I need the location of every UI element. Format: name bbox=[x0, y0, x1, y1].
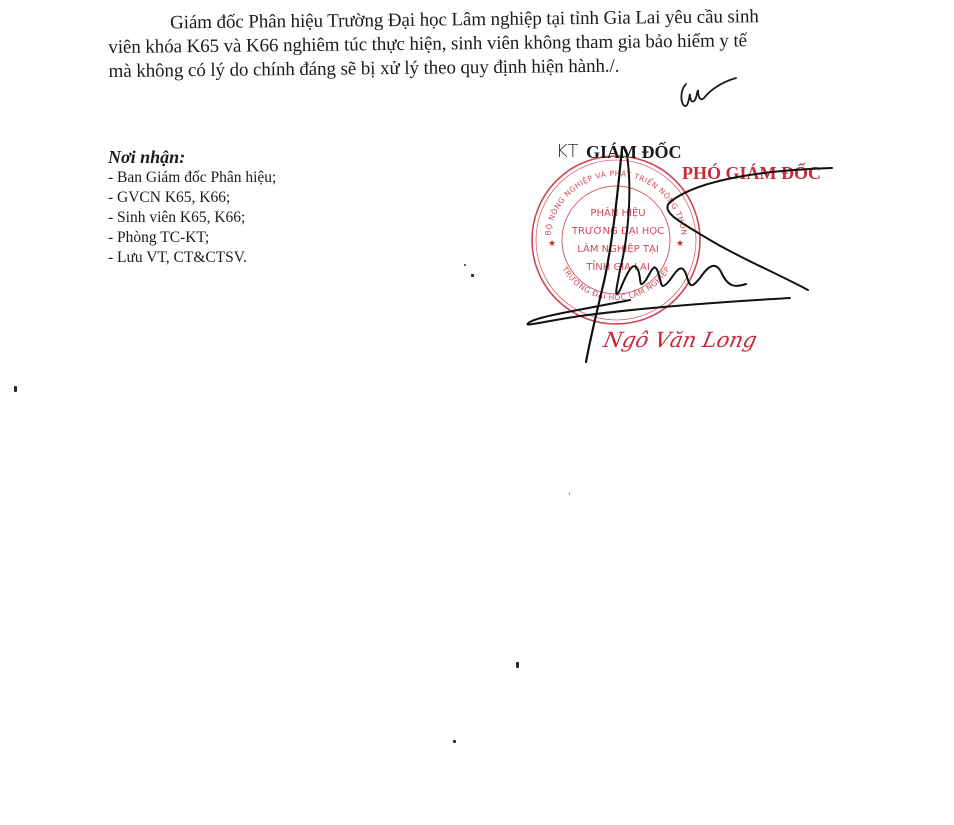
recipients-list: Nơi nhận: - Ban Giám đốc Phân hiệu; - GV… bbox=[108, 146, 276, 268]
recipient-item: - Lưu VT, CT&CTSV. bbox=[108, 248, 276, 268]
recipient-item: - Sinh viên K65, K66; bbox=[108, 208, 276, 228]
scan-speck bbox=[453, 740, 456, 743]
document-page: Giám đốc Phân hiệu Trường Đại học Lâm ng… bbox=[0, 0, 954, 825]
signer-name: Ngô Văn Long bbox=[601, 328, 759, 352]
handwritten-kt: KT bbox=[556, 141, 579, 162]
svg-text:LÂM NGHIỆP TẠI: LÂM NGHIỆP TẠI bbox=[577, 242, 659, 255]
svg-text:TRƯỜNG ĐẠI HỌC: TRƯỜNG ĐẠI HỌC bbox=[571, 224, 664, 237]
position-title: GIÁM ĐỐC bbox=[586, 142, 682, 163]
official-stamp-icon: BỘ NÔNG NGHIỆP VÀ PHÁT TRIỂN NÔNG THÔN T… bbox=[528, 150, 704, 326]
svg-text:★: ★ bbox=[548, 238, 556, 248]
svg-text:TỈNH GIA LAI: TỈNH GIA LAI bbox=[585, 259, 650, 273]
handwritten-initials-icon bbox=[676, 76, 746, 112]
scan-speck bbox=[14, 386, 17, 392]
recipients-title: Nơi nhận: bbox=[108, 146, 276, 168]
svg-text:★: ★ bbox=[676, 238, 684, 248]
deputy-title: PHÓ GIÁM ĐỐC bbox=[682, 163, 821, 184]
recipient-item: - GVCN K65, K66; bbox=[108, 188, 276, 208]
scan-speck bbox=[464, 264, 466, 266]
recipient-item: - Ban Giám đốc Phân hiệu; bbox=[108, 168, 276, 188]
recipient-item: - Phòng TC-KT; bbox=[108, 228, 276, 248]
svg-text:PHÂN HIỆU: PHÂN HIỆU bbox=[590, 206, 645, 219]
scan-speck bbox=[471, 274, 474, 277]
body-paragraph: Giám đốc Phân hiệu Trường Đại học Lâm ng… bbox=[108, 4, 849, 84]
scan-speck bbox=[516, 662, 519, 668]
scan-speck bbox=[569, 492, 570, 495]
